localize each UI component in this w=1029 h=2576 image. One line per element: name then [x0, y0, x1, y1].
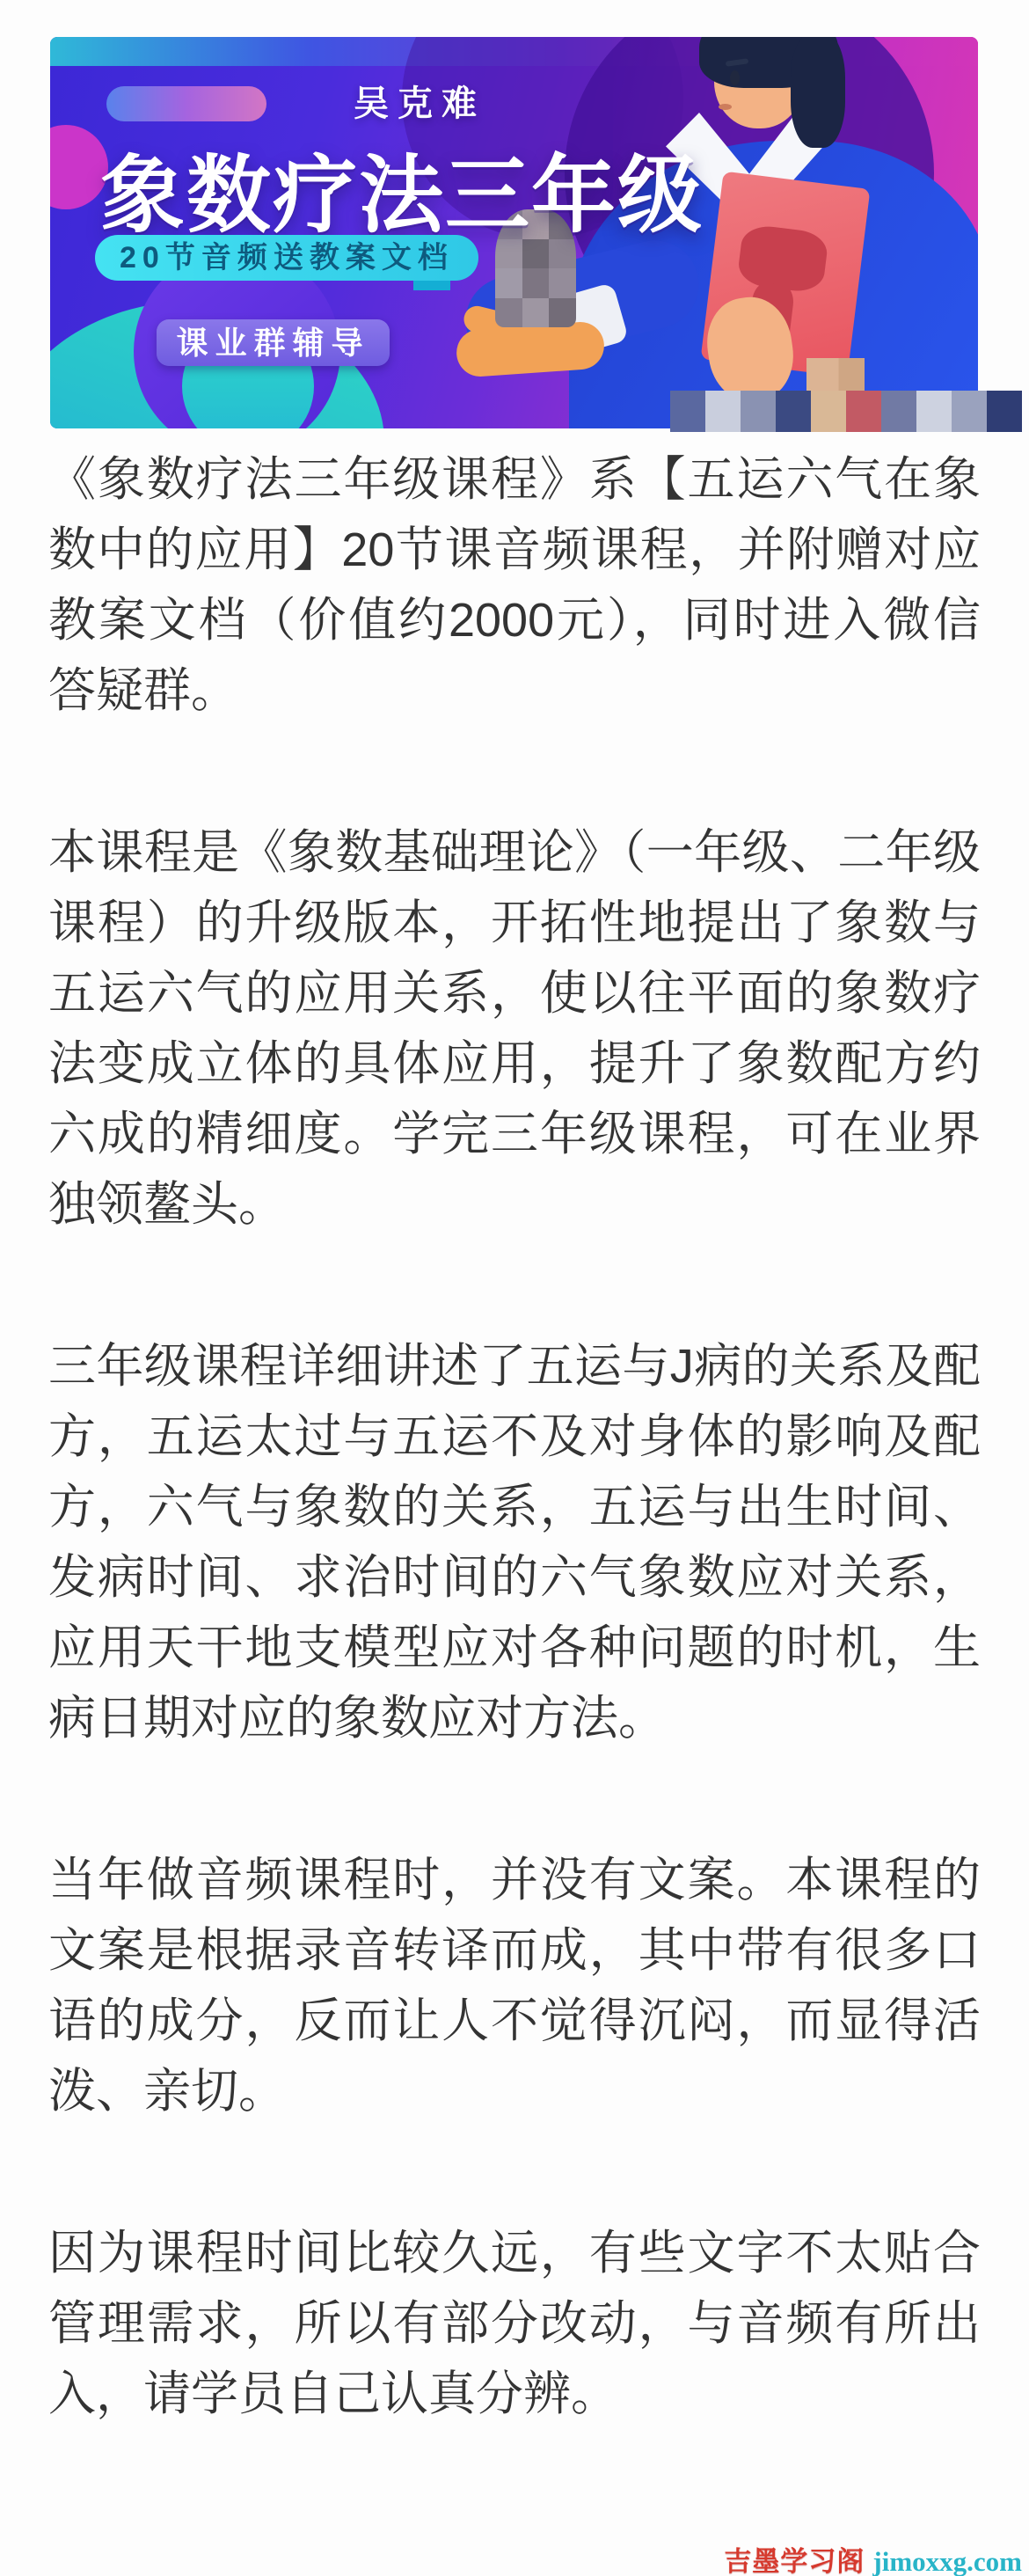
article-paragraph: 因为课程时间比较久远，有些文字不太贴合管理需求，所以有部分改动，与音频有所出入，…	[48, 2218, 981, 2429]
site-watermark: 吉墨学习阁 jimoxxg.com	[724, 2539, 1022, 2576]
banner-author-name: 吴克难	[270, 76, 569, 126]
censor-mosaic-tan-block	[806, 358, 865, 393]
article-paragraph: 三年级课程详细讲述了五运与J病的关系及配方，五运太过与五运不及对身体的影响及配方…	[48, 1331, 981, 1753]
teacher-eye	[730, 70, 740, 85]
banner-subtitle-pill: 20节音频送教案文档	[95, 235, 478, 281]
banner-course-title: 象数疗法三年级	[77, 128, 727, 249]
tutoring-group-button: 课业群辅导	[157, 319, 390, 366]
course-description-article: 《象数疗法三年级课程》系【五运六气在象数中的应用】20节课音频课程，并附赠对应教…	[0, 444, 1029, 2429]
teacher-hair-side	[791, 37, 845, 148]
article-paragraph: 当年做音频课程时，并没有文案。本课程的文案是根据录音转译而成，其中带有很多口语的…	[48, 1845, 981, 2126]
book-artwork-shape	[737, 223, 829, 294]
teacher-mouth	[719, 104, 732, 110]
watermark-site-url: jimoxxg.com	[872, 2546, 1022, 2576]
banner-gradient-bar-decoration	[106, 86, 266, 121]
article-paragraph: 本课程是《象数基础理论》（一年级、二年级课程）的升级版本，开拓性地提出了象数与五…	[48, 817, 981, 1240]
watermark-site-name: 吉墨学习阁	[724, 2539, 865, 2576]
article-paragraph: 《象数疗法三年级课程》系【五运六气在象数中的应用】20节课音频课程，并附赠对应教…	[48, 444, 981, 726]
censor-mosaic-strip	[670, 391, 1022, 432]
